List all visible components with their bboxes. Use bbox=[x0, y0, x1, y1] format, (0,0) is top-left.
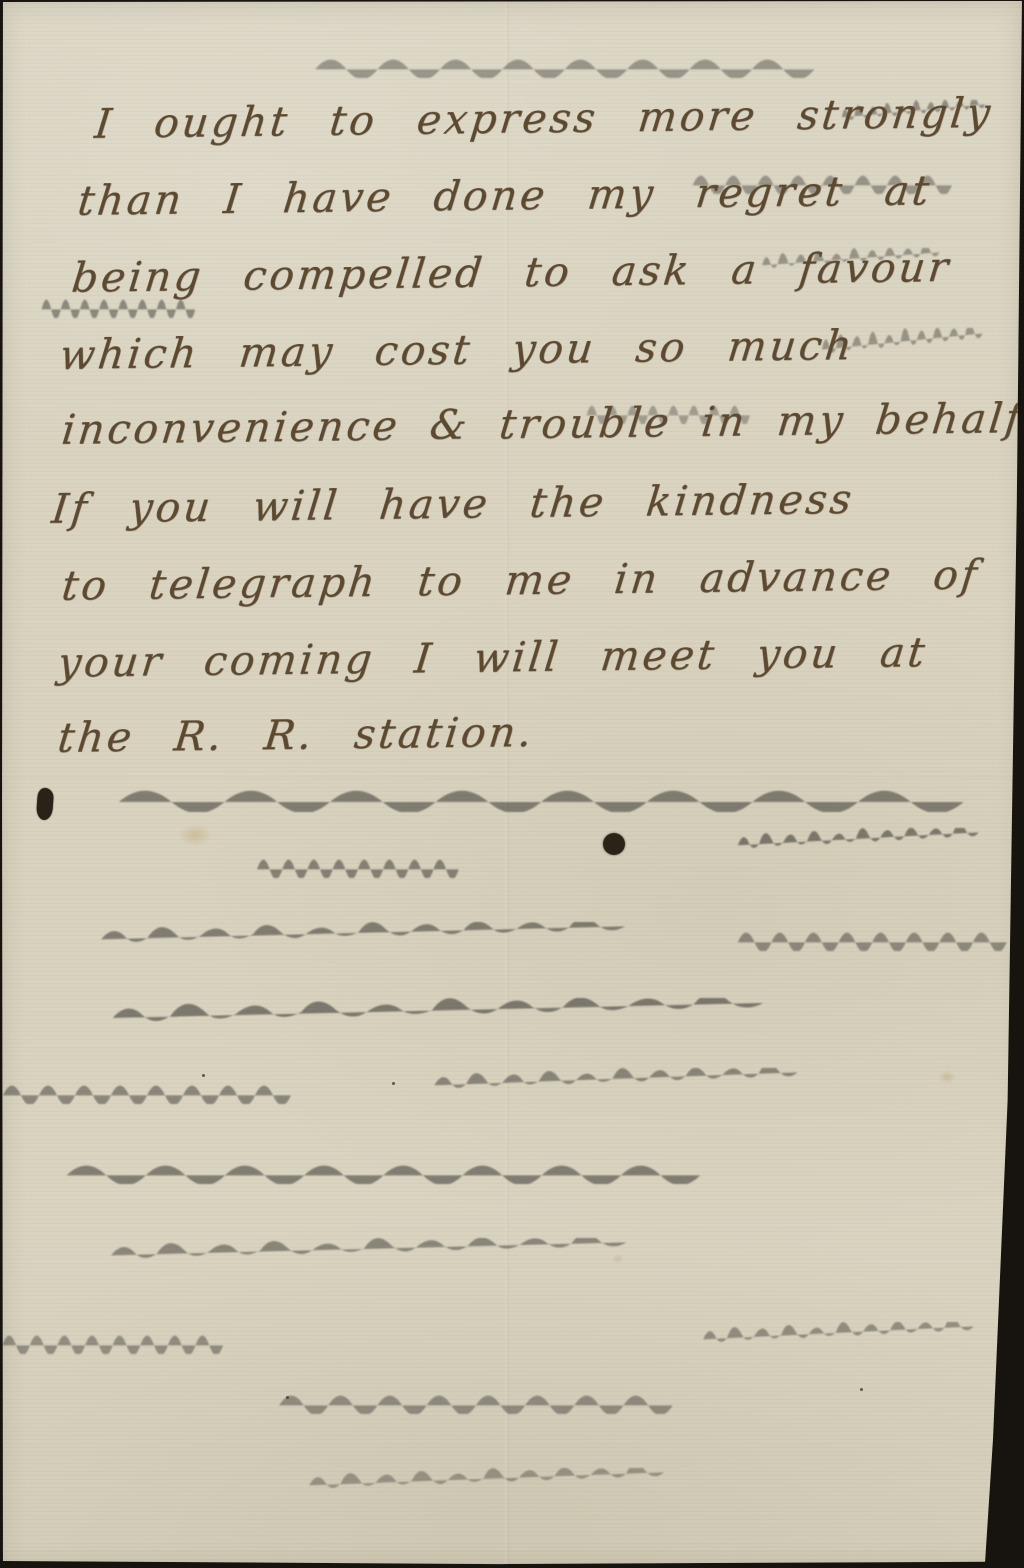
handwriting-line-9: the R. R. station. bbox=[55, 708, 537, 762]
bleed-through-script bbox=[735, 925, 1015, 951]
fold-crease-vertical bbox=[505, 0, 509, 1568]
bleed-through-script bbox=[60, 1158, 720, 1184]
bleed-through-script bbox=[310, 52, 830, 78]
handwriting-line-8: your coming I will meet you at bbox=[55, 628, 930, 687]
handwriting-line-1: I ought to express more strongly bbox=[92, 89, 995, 148]
bleed-through-script bbox=[430, 1068, 860, 1094]
bleed-through-script bbox=[735, 828, 1020, 854]
bleed-through-script bbox=[110, 782, 990, 812]
stain bbox=[612, 1254, 624, 1264]
bleed-through-script bbox=[700, 1322, 1020, 1348]
handwriting-line-7: to telegraph to me in advance of bbox=[59, 551, 982, 610]
paper-speck bbox=[860, 1388, 863, 1391]
handwriting-line-2: than I have done my regret at bbox=[75, 167, 934, 225]
bleed-through-script bbox=[255, 852, 465, 878]
fold-crease-horizontal-lower bbox=[0, 1548, 1024, 1551]
bleed-through-script bbox=[305, 1468, 725, 1494]
scanned-letter-page: I ought to express more strongly than I … bbox=[0, 0, 1024, 1568]
handwriting-line-5: inconvenience & trouble in my behalf. bbox=[59, 394, 1024, 454]
bleed-through-script bbox=[95, 922, 715, 948]
bleed-through-script bbox=[275, 1388, 685, 1414]
bleed-through-script bbox=[0, 1328, 230, 1354]
ink-blot bbox=[36, 787, 54, 820]
paper-speck bbox=[286, 1396, 289, 1399]
fold-crease-horizontal bbox=[0, 774, 1024, 777]
letter-paper-sheet: I ought to express more strongly than I … bbox=[0, 0, 1024, 1568]
ink-dot bbox=[603, 833, 625, 855]
handwriting-line-3: being compelled to ask a favour bbox=[69, 243, 953, 302]
stain bbox=[178, 824, 212, 846]
paper-speck bbox=[202, 1074, 205, 1077]
bleed-through-script bbox=[105, 998, 875, 1028]
handwriting-line-4: which may cost you so much bbox=[57, 321, 857, 379]
paper-speck bbox=[392, 1082, 395, 1085]
bleed-through-script bbox=[105, 1238, 715, 1264]
stain bbox=[938, 1070, 956, 1084]
bleed-through-script bbox=[0, 1078, 300, 1104]
handwriting-line-6: If you will have the kindness bbox=[49, 475, 856, 533]
